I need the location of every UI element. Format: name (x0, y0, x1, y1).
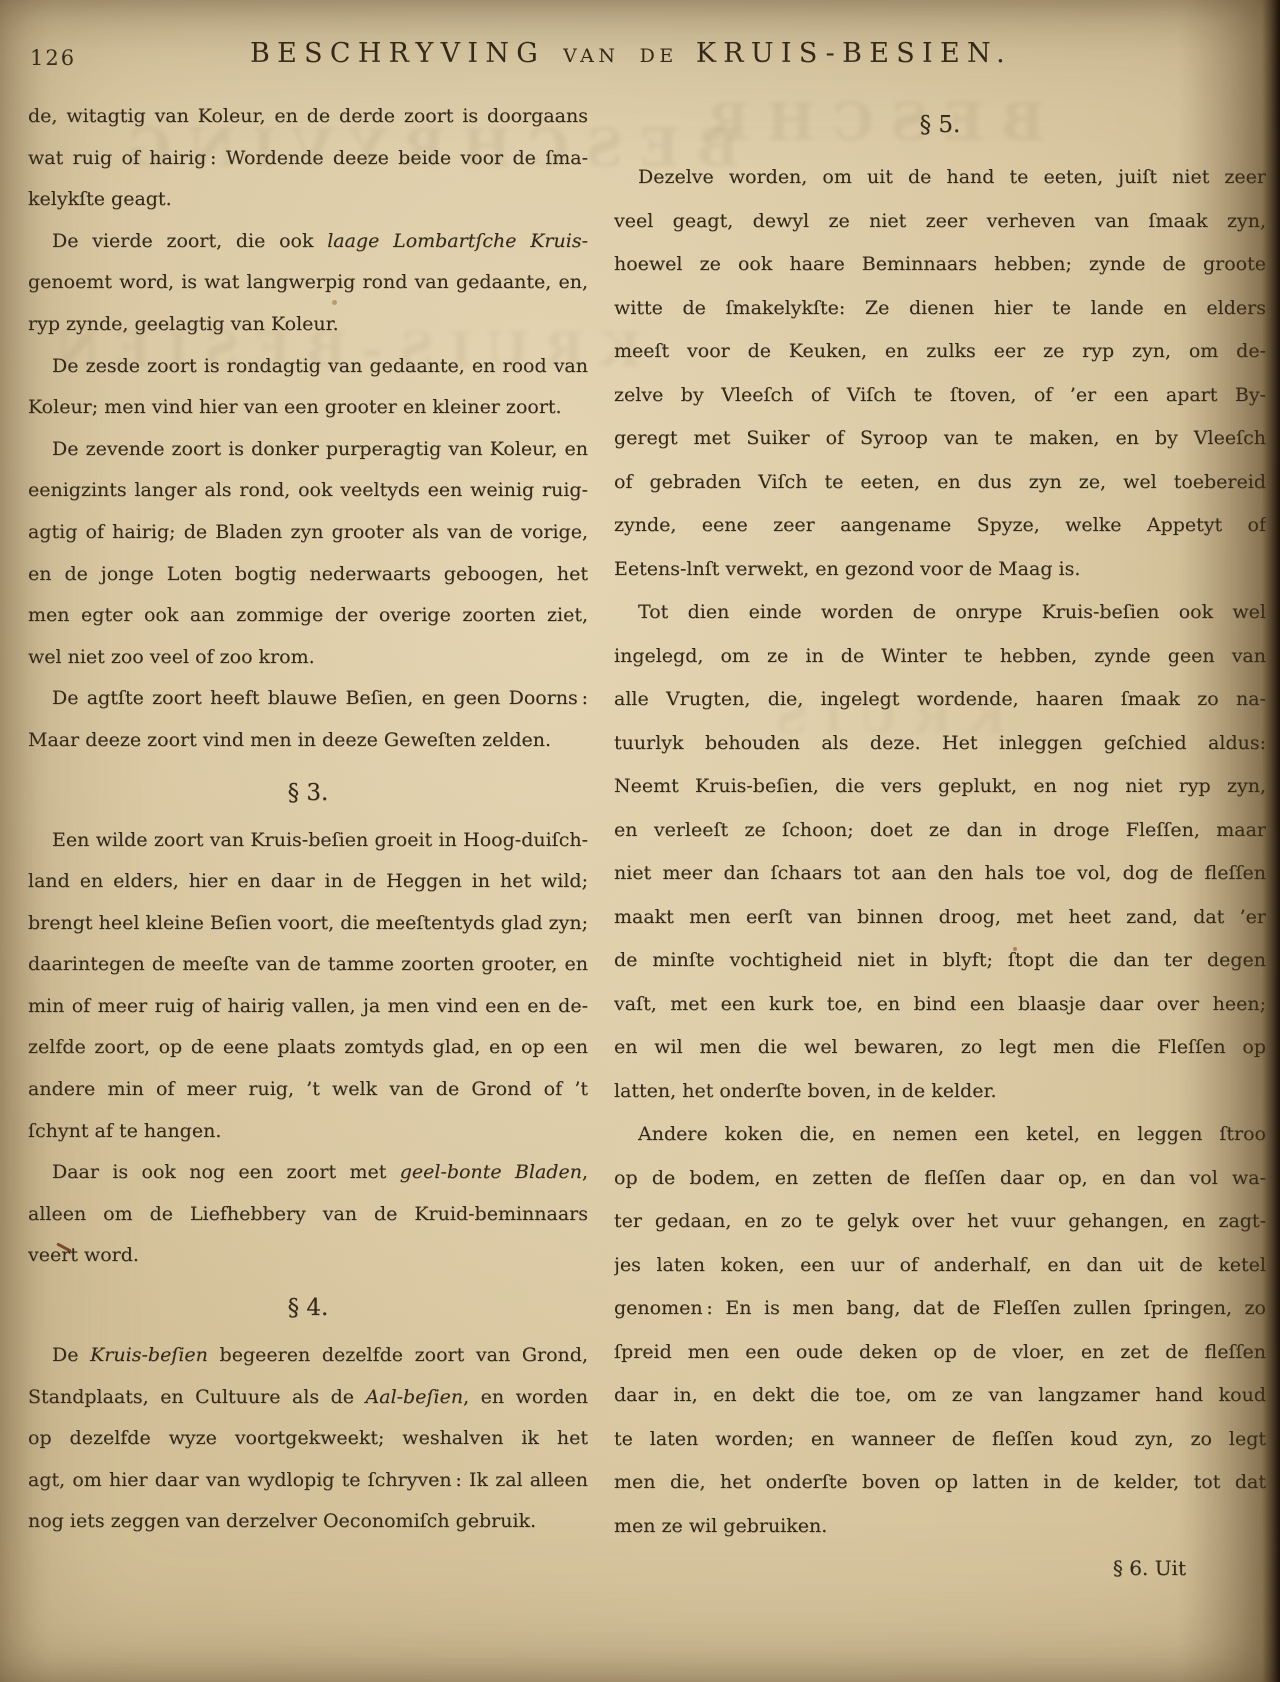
text-line: ingelegd, om ze in de Winter te hebben, … (614, 635, 1266, 679)
page-title: BESCHRYVINGVANDEKRUIS-BESIEN. (0, 38, 1262, 69)
text-line: de minſte vochtigheid niet in blyft; ſto… (614, 939, 1266, 983)
text-line: kelykſte geagt. (28, 179, 588, 221)
paragraph: Een wilde zoort van Kruis-beſien groeit … (28, 820, 588, 1153)
paragraph: Dezelve worden, om uit de hand te eeten,… (614, 156, 1266, 591)
text-line: alleen om de Liefhebbery van de Kruid-be… (28, 1194, 588, 1236)
text-line: De agtſte zoort heeft blauwe Beſien, en … (28, 678, 588, 720)
text-line: andere min of meer ruig, ’t welk van de … (28, 1069, 588, 1111)
text-line: land en elders, hier en daar in de Hegge… (28, 861, 588, 903)
paragraph: de, witagtig van Koleur, en de derde zoo… (28, 96, 588, 221)
text-line: wel niet zoo veel of zoo krom. (28, 637, 588, 679)
text-line: brengt heel kleine Beſien voort, die mee… (28, 903, 588, 945)
catchword: § 6. Uit (614, 1556, 1266, 1580)
text-line: men ze wil gebruiken. (614, 1505, 1266, 1549)
text-line: ter gedaan, en zo te gelyk over het vuur… (614, 1200, 1266, 1244)
text-line: Dezelve worden, om uit de hand te eeten,… (614, 156, 1266, 200)
page-header: 126 BESCHRYVINGVANDEKRUIS-BESIEN. (0, 38, 1262, 88)
text-line: daar in, en dekt die toe, om ze van lang… (614, 1374, 1266, 1418)
text-line: de, witagtig van Koleur, en de derde zoo… (28, 96, 588, 138)
text-line: wat ruig of hairig : Wordende deeze beid… (28, 138, 588, 180)
text-line: meeſt voor de Keuken, en zulks eer ze ry… (614, 330, 1266, 374)
text-line: De zesde zoort is rondagtig van gedaante… (28, 346, 588, 388)
text-line: Eetens-lnſt verwekt, en gezond voor de M… (614, 548, 1266, 592)
text-line: maakt men eerſt van binnen droog, met he… (614, 896, 1266, 940)
title-word: VAN (563, 45, 619, 67)
section-heading: § 5. (614, 104, 1266, 146)
text-line: eenigzints langer als rond, ook veeltyds… (28, 470, 588, 512)
text-line: De Kruis-beſien begeeren dezelfde zoort … (28, 1335, 588, 1377)
paragraph: Tot dien einde worden de onrype Kruis-be… (614, 591, 1266, 1113)
paragraph: Daar is ook nog een zoort met geel-bonte… (28, 1152, 588, 1277)
right-text-column: § 5.Dezelve worden, om uit de hand te ee… (614, 104, 1266, 1580)
text-line: Maar deeze zoort vind men in deeze Geweſ… (28, 720, 588, 762)
text-line: witte de ſmakelykſte: Ze dienen hier te … (614, 287, 1266, 331)
text-line: jes laten koken, een uur of anderhalf, e… (614, 1244, 1266, 1288)
text-line: zynde, eene zeer aangename Spyze, welke … (614, 504, 1266, 548)
text-line: Standplaats, en Cultuure als de Aal-beſi… (28, 1377, 588, 1419)
title-word: BESCHRYVING (250, 38, 545, 69)
text-line: Andere koken die, en nemen een ketel, en… (614, 1113, 1266, 1157)
text-line: vaſt, met een kurk toe, en bind een blaa… (614, 983, 1266, 1027)
text-line: op dezelfde wyze voortgekweekt; weshalve… (28, 1418, 588, 1460)
text-line: Neemt Kruis-beſien, die vers geplukt, en… (614, 765, 1266, 809)
text-line: genoemt word, is wat langwerpig rond van… (28, 262, 588, 304)
text-line: en verleeſt ze ſchoon; doet ze dan in dr… (614, 809, 1266, 853)
paragraph: De vierde zoort, die ook laage Lombartſc… (28, 221, 588, 346)
paragraph: De zevende zoort is donker purperagtig v… (28, 429, 588, 679)
text-line: Tot dien einde worden de onrype Kruis-be… (614, 591, 1266, 635)
text-line: ryp zynde, geelagtig van Koleur. (28, 304, 588, 346)
text-line: veert word. (28, 1235, 588, 1277)
text-line: tuurlyk behouden als deze. Het inleggen … (614, 722, 1266, 766)
text-line: op de bodem, en zetten de fleſſen daar o… (614, 1157, 1266, 1201)
text-line: agtig of hairig; de Bladen zyn grooter a… (28, 512, 588, 554)
text-line: daarintegen de meeſte van de tamme zoort… (28, 944, 588, 986)
text-line: agt, om hier daar van wydlopig te ſchryv… (28, 1460, 588, 1502)
text-line: alle Vrugten, die, ingelegt wordende, ha… (614, 678, 1266, 722)
text-line: geregt met Suiker of Syroop van te maken… (614, 417, 1266, 461)
title-word: DE (640, 45, 678, 67)
text-line: Een wilde zoort van Kruis-beſien groeit … (28, 820, 588, 862)
paragraph: Andere koken die, en nemen een ketel, en… (614, 1113, 1266, 1548)
left-text-column: de, witagtig van Koleur, en de derde zoo… (28, 96, 588, 1543)
section-heading: § 3. (28, 772, 588, 814)
text-line: veel geagt, dewyl ze niet zeer verheven … (614, 200, 1266, 244)
text-line: nog iets zeggen van derzelver Oeconomiſc… (28, 1501, 588, 1543)
text-line: ſchynt af te hangen. (28, 1111, 588, 1153)
title-word: KRUIS-BESIEN. (696, 38, 1012, 69)
text-line: en de jonge Loten bogtig nederwaarts geb… (28, 554, 588, 596)
text-line: ſpreid men een oude deken op de vloer, e… (614, 1331, 1266, 1375)
text-line: De zevende zoort is donker purperagtig v… (28, 429, 588, 471)
text-line: men egter ook aan zommige der overige zo… (28, 595, 588, 637)
text-line: zelfde zoort, op de eene plaats zomtyds … (28, 1027, 588, 1069)
text-line: of gebraden Viſch te eeten, en dus zyn z… (614, 461, 1266, 505)
text-line: hoewel ze ook haare Beminnaars hebben; z… (614, 243, 1266, 287)
text-line: en wil men die wel bewaren, zo legt men … (614, 1026, 1266, 1070)
paragraph: De zesde zoort is rondagtig van gedaante… (28, 346, 588, 429)
paragraph: De Kruis-beſien begeeren dezelfde zoort … (28, 1335, 588, 1543)
text-line: De vierde zoort, die ook laage Lombartſc… (28, 221, 588, 263)
page-number: 126 (30, 46, 76, 70)
text-line: min of meer ruig of hairig vallen, ja me… (28, 986, 588, 1028)
text-line: te laten worden; en wanneer de fleſſen k… (614, 1418, 1266, 1462)
text-line: men die, het onderſte boven op latten in… (614, 1461, 1266, 1505)
paragraph: De agtſte zoort heeft blauwe Beſien, en … (28, 678, 588, 761)
text-line: genomen : En is men bang, dat de Fleſſen… (614, 1287, 1266, 1331)
section-heading: § 4. (28, 1287, 588, 1329)
text-line: latten, het onderſte boven, in de kelder… (614, 1070, 1266, 1114)
scanned-book-page: BESCHRYVINGKRUIS-BESIENBESCHRKRUIS 126 B… (0, 0, 1280, 1682)
text-line: Daar is ook nog een zoort met geel-bonte… (28, 1152, 588, 1194)
text-line: niet meer dan ſchaars tot aan den hals t… (614, 852, 1266, 896)
text-line: Koleur; men vind hier van een grooter en… (28, 387, 588, 429)
text-line: zelve by Vleeſch of Viſch te ſtoven, of … (614, 374, 1266, 418)
